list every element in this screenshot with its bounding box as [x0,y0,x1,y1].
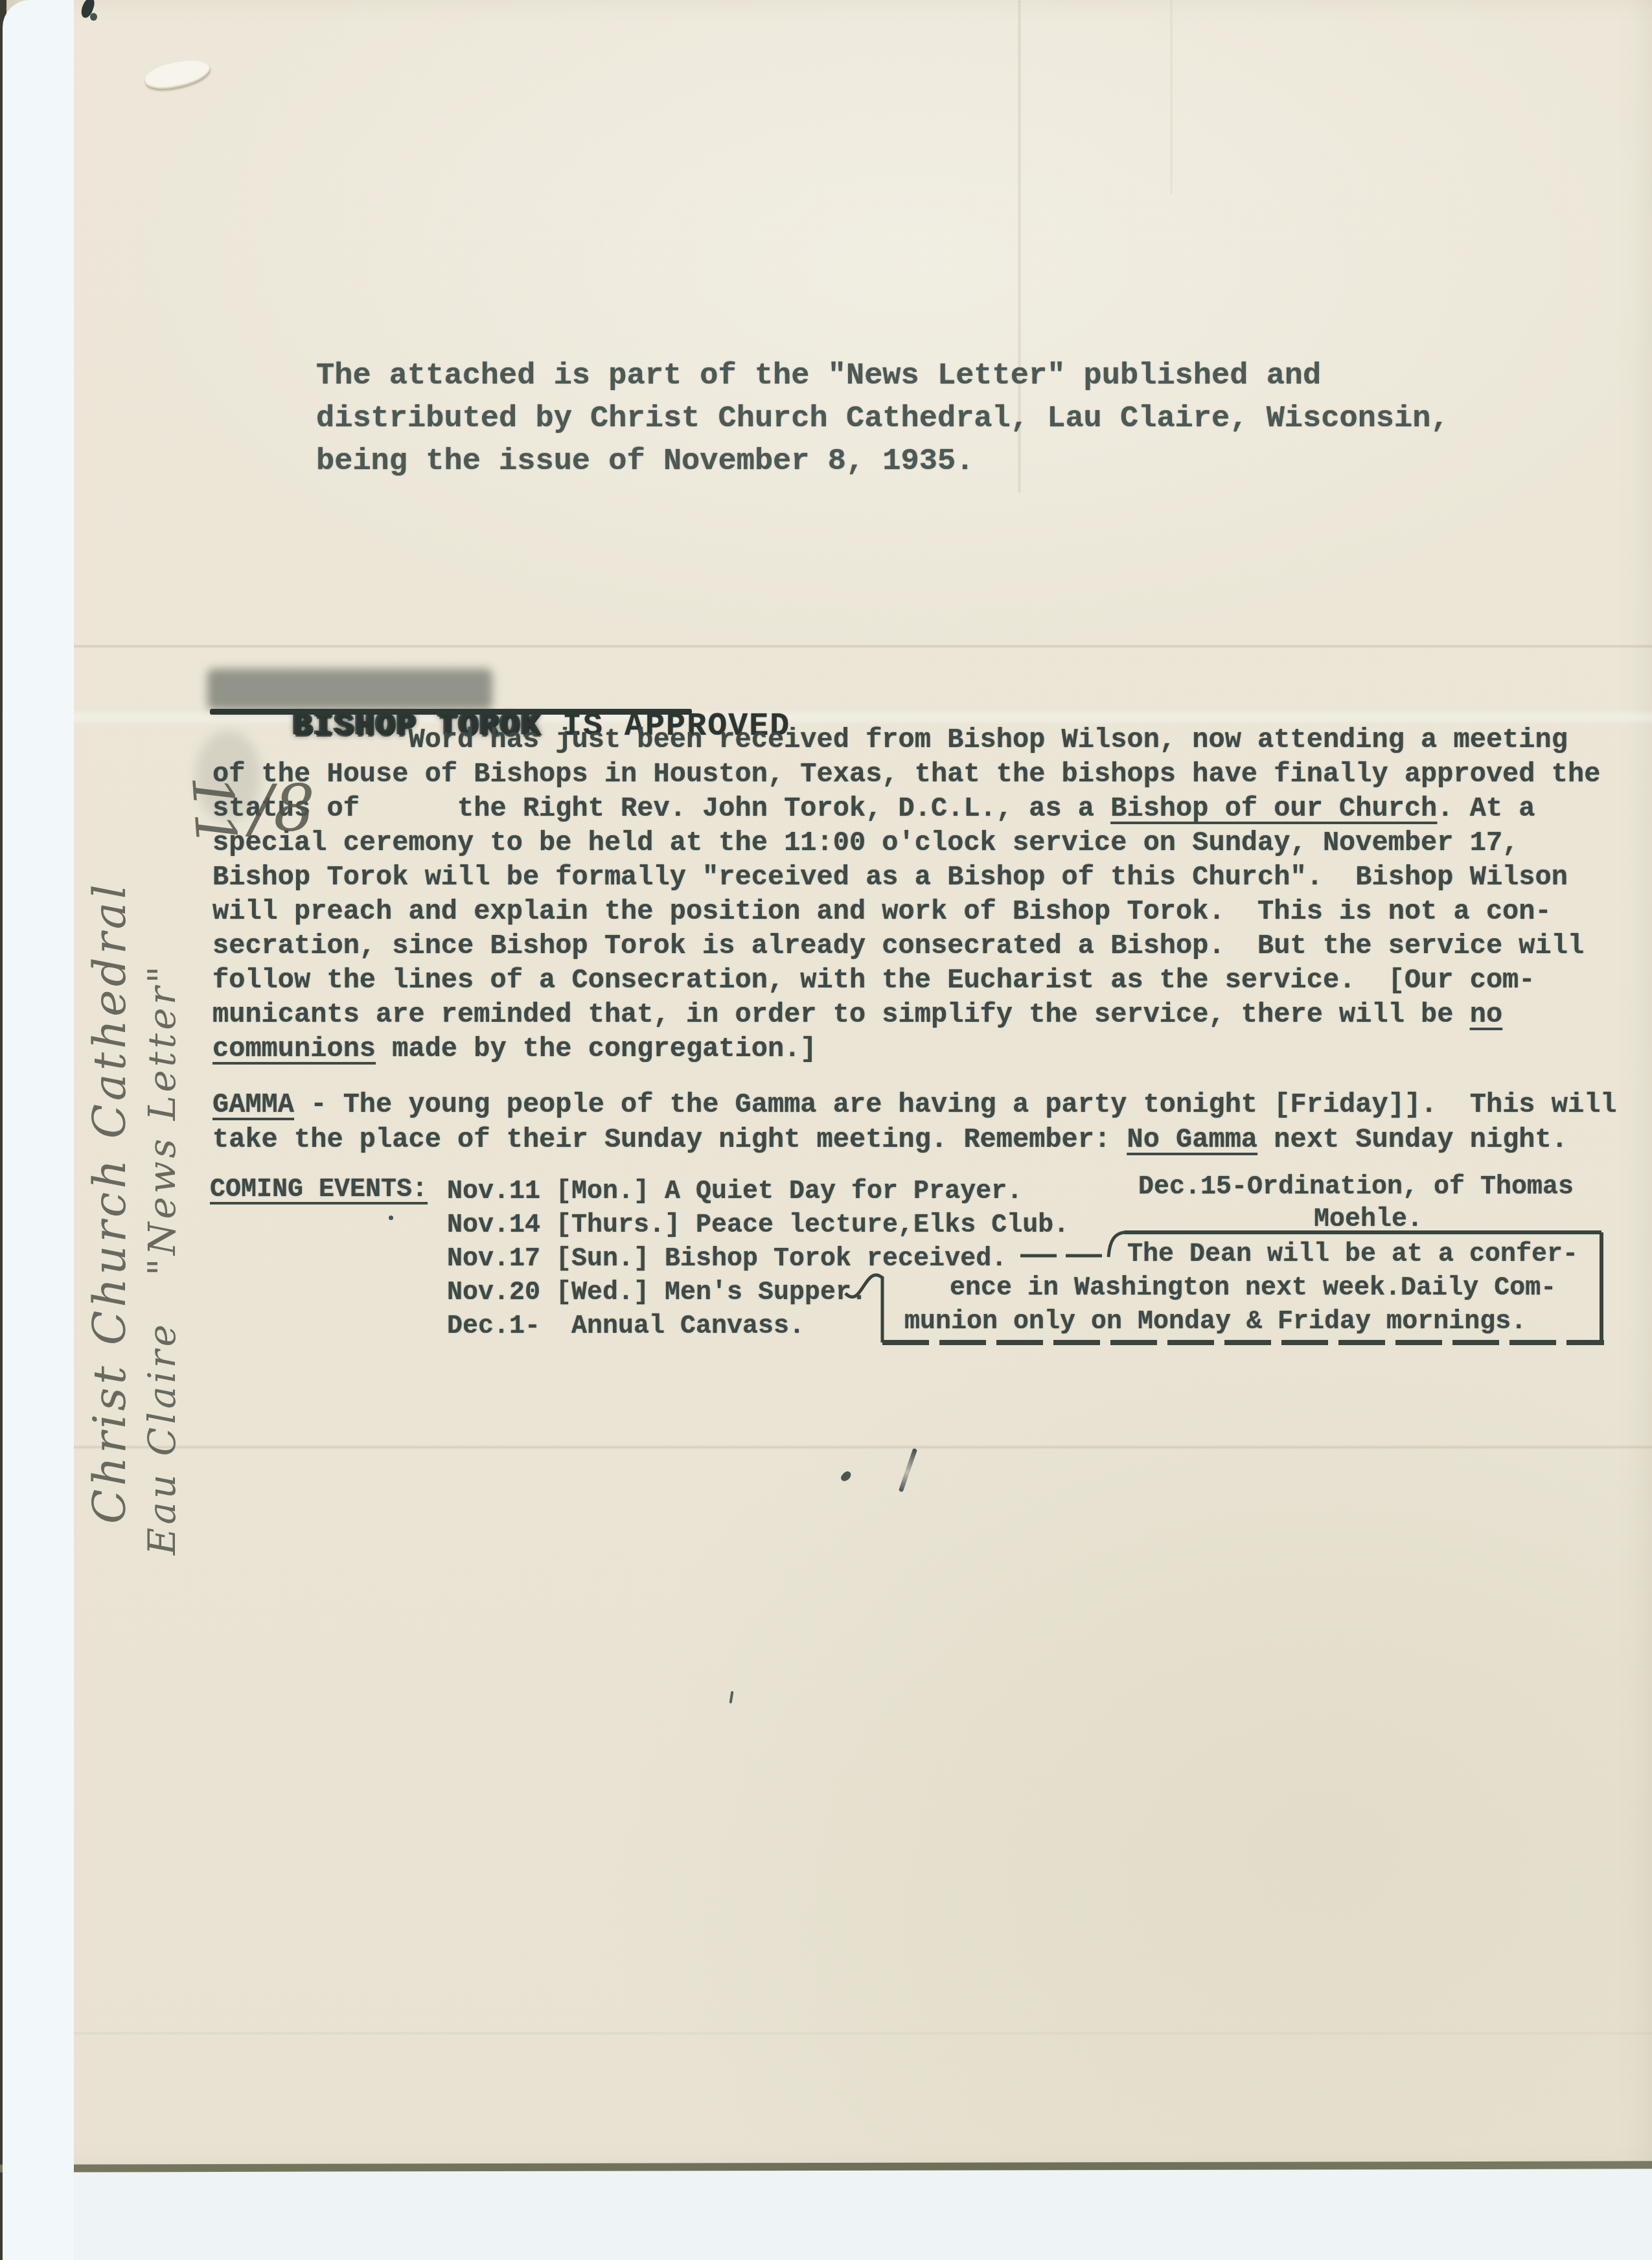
underlined-text: no [1470,999,1502,1030]
text-segment: take the place of their Sunday night mee… [212,1124,1127,1155]
text-line: GAMMA - The young people of the Gamma ar… [212,1087,1617,1122]
text-segment: will preach and explain the position and… [212,896,1552,927]
stray-dot [389,1216,393,1220]
text-segment: Nov.11 [Mon.] A Quiet Day for Prayer. [447,1177,1022,1206]
text-line: follow the lines of a Consecration, with… [212,963,1600,998]
horizontal-fold-crease [6,2033,1652,2034]
text-segment: follow the lines of a Consecration, with… [212,965,1535,996]
underlined-text: communions [212,1033,376,1065]
text-segment: being the issue of November 8, 1935. [316,444,974,479]
text-segment: secration, since Bishop Torok is already… [212,930,1584,962]
dean-note-line: The Dean will be at a confer- [1127,1240,1578,1269]
text-segment: status of the Right Rev. John Torok, D.C… [212,793,1110,824]
text-segment: distributed by Christ Church Cathedral, … [316,402,1449,436]
text-segment: special ceremony to be held at the 11:00… [212,827,1519,859]
paper-tear [143,55,212,94]
pen-stroke-mark [899,1448,917,1492]
underlined-text: Bishop of our Church [1110,793,1437,824]
vertical-crease [1171,0,1172,194]
text-segment: next Sunday night. [1257,1124,1568,1155]
box-left-bracket [1108,1232,1124,1257]
text-segment: made by the congregation.] [376,1033,817,1065]
article-body: Word has just been received from Bishop … [212,723,1600,1067]
handwritten-date-month: 11 [179,773,249,851]
text-segment: of the House of Bishops in Houston, Texa… [212,759,1600,790]
handwritten-margin-line1: Christ Church Cathedral [83,740,136,1524]
coming-events-label-text: COMING EVENTS: [210,1175,428,1205]
text-line: will preach and explain the position and… [212,895,1600,929]
paper-sheet: The attached is part of the "News Letter… [6,0,1652,2167]
text-line: distributed by Christ Church Cathedral, … [316,398,1449,441]
text-line: communions made by the congregation.] [212,1032,1600,1067]
text-line: of the House of Bishops in Houston, Texa… [212,757,1600,792]
horizontal-fold-crease [6,1446,1652,1448]
text-line: take the place of their Sunday night mee… [212,1122,1617,1157]
text-segment: The attached is part of the "News Letter… [316,359,1321,393]
text-line: status of the Right Rev. John Torok, D.C… [212,792,1600,826]
text-segment: - The young people of the Gamma are havi… [294,1089,1617,1120]
dean-note-line: munion only on Monday & Friday mornings. [904,1308,1526,1337]
handwritten-date-day: /8 [251,770,316,846]
text-segment: Bishop Torok will be formally "received … [212,862,1568,893]
horizontal-fold-crease [6,645,1652,647]
scanned-newsletter-page: { "colors": { "ink": "#3e4a47", "paper":… [0,0,1652,2260]
text-line: secration, since Bishop Torok is already… [212,929,1600,963]
text-line: The attached is part of the "News Letter… [316,355,1449,398]
gamma-paragraph: GAMMA - The young people of the Gamma ar… [212,1087,1617,1157]
text-line: Bishop Torok will be formally "received … [212,860,1600,895]
text-segment: . At a [1437,793,1535,824]
text-segment: Dec.1- Annual Canvass. [447,1312,805,1341]
text-segment: Word has just been received from Bishop … [212,724,1568,755]
ink-dot [90,13,97,21]
dean-note-line: ence in Washington next week.Daily Com- [950,1274,1556,1303]
text-line: being the issue of November 8, 1935. [316,441,1449,483]
text-line: Nov.11 [Mon.] A Quiet Day for Prayer. [447,1175,1069,1209]
handwritten-margin-line2: Eau Claire "News Letter" [140,849,184,1555]
scanner-white-strip [3,0,74,2260]
dec15-event-line: Dec.15-Ordination, of Thomas [1138,1173,1574,1202]
pen-dot-mark [840,1470,853,1483]
text-segment: municants are reminded that, in order to… [212,999,1470,1030]
text-line: special ceremony to be held at the 11:00… [212,826,1600,860]
underlined-text: GAMMA [212,1089,294,1120]
intro-note: The attached is part of the "News Letter… [316,355,1449,483]
underlined-text: No Gamma [1127,1124,1257,1155]
connector-curve [845,1275,882,1297]
text-line: municants are reminded that, in order to… [212,998,1600,1032]
coming-events-label: COMING EVENTS: [210,1175,428,1205]
stray-mark [729,1691,734,1703]
text-line: Word has just been received from Bishop … [212,723,1600,757]
